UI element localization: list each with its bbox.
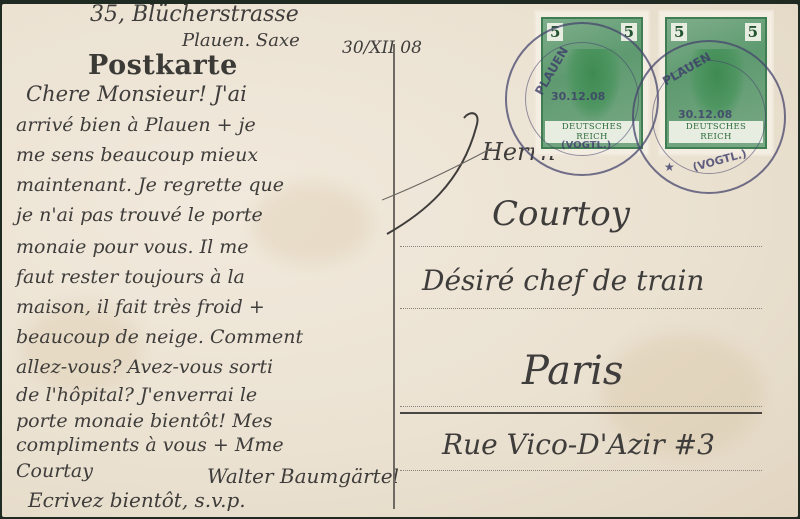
message-line: me sens beaucoup mieux <box>16 144 258 166</box>
sender-date: 30/XII 08 <box>342 38 422 58</box>
postcard-title: Postkarte <box>88 50 238 81</box>
message-line: de l'hôpital? J'enverrai le <box>16 384 257 406</box>
signature: Walter Baumgärtel <box>207 464 399 488</box>
message-line: je n'ai pas trouvé le porte <box>16 204 263 226</box>
postmark-region: (VOGTL.) <box>561 140 611 151</box>
message-line: compliments à vous + Mme <box>16 434 284 456</box>
recipient-title: Désiré chef de train <box>422 264 704 297</box>
address-line <box>400 406 762 407</box>
recipient-street: Rue Vico-D'Azir #3 <box>442 428 715 461</box>
paper-stain <box>252 184 372 264</box>
postcard: 35, Blücherstrasse Plauen. Saxe 30/XII 0… <box>2 4 798 517</box>
recipient-city: Paris <box>522 348 623 394</box>
address-line <box>400 246 762 247</box>
postmark-star-icon: ★ <box>664 160 675 174</box>
postmark-cancel: PLAUEN 30.12.08 ★ (VOGTL.) <box>632 40 786 194</box>
address-underline <box>400 412 762 414</box>
address-line <box>400 308 762 309</box>
message-line: Courtay <box>16 460 93 482</box>
recipient-name: Courtoy <box>492 194 630 234</box>
stamp-value: 5 <box>745 23 761 41</box>
sender-city: Plauen. Saxe <box>182 30 300 51</box>
message-line: arrivé bien à Plauen + je <box>16 114 256 136</box>
postmark-date: 30.12.08 <box>678 108 732 121</box>
stamp-value: 5 <box>671 23 687 41</box>
pen-flourish-icon <box>382 104 502 244</box>
address-line <box>400 470 762 471</box>
message-line: maison, il fait très froid + <box>16 296 265 318</box>
message-line: monaie pour vous. Il me <box>16 236 248 258</box>
sender-street: 35, Blücherstrasse <box>90 4 299 27</box>
message-line: allez-vous? Avez-vous sorti <box>16 356 273 378</box>
message-line: faut rester toujours à la <box>16 266 245 288</box>
message-line: maintenant. Je regrette que <box>16 174 284 196</box>
message-line: porte monaie bientôt! Mes <box>16 410 273 432</box>
postmark-date: 30.12.08 <box>551 90 605 103</box>
message-line: beaucoup de neige. Comment <box>16 326 303 348</box>
message-line: Chere Monsieur! J'ai <box>26 82 247 106</box>
postscript: Ecrivez bientôt, s.v.p. <box>28 488 246 512</box>
